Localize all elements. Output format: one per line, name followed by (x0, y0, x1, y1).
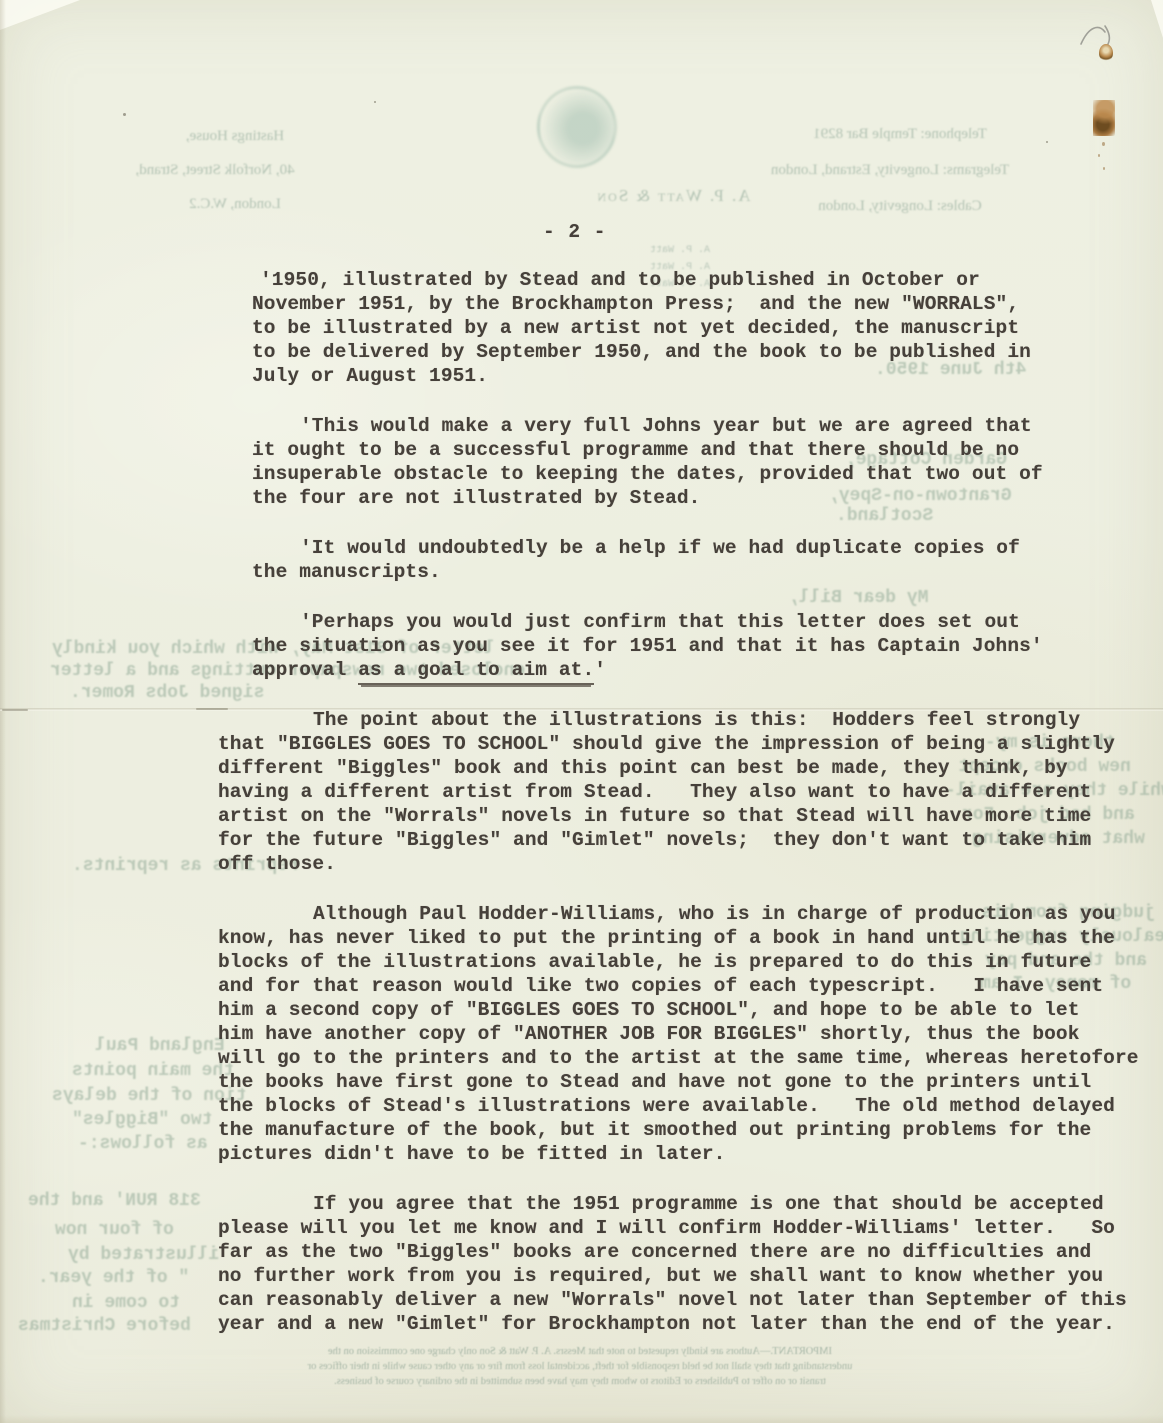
quoted-paragraph: 'This would make a very full Johns year … (252, 414, 1163, 510)
bleed-fragment: England Paul (95, 1036, 225, 1056)
quoted-text: ' (594, 659, 606, 681)
quoted-paragraph: 'It would undoubtedly be a help if we ha… (252, 536, 1163, 584)
paper-corner-highlight (1151, 0, 1163, 38)
quoted-paragraph: '1950, illustrated by Stead and to be pu… (252, 268, 1163, 388)
letter-page: Hastings House, 40, Norfolk Street, Stra… (0, 0, 1163, 1423)
body-paragraph: The point about the illustrations is thi… (218, 708, 1163, 876)
body-paragraph: If you agree that the 1951 programme is … (218, 1192, 1163, 1336)
paper-edge-shadow (0, 0, 6, 1423)
bleed-fragment: Telephone: Temple Bar 8291 (735, 126, 1065, 143)
bleed-fragment: Hastings House, (140, 128, 330, 145)
bleed-fragment: Telegrams: Longevity, Estrand, London (710, 162, 1070, 179)
bleed-fragment: A. P. Watt (600, 245, 710, 256)
bleed-fragment: A. P. Watt & Son (588, 186, 758, 206)
watt-emblem-bleedthrough (537, 86, 617, 168)
quoted-paragraph: 'Perhaps you would just confirm that thi… (252, 610, 1163, 682)
stain-dot (1098, 154, 1100, 157)
bleed-fragment: Cables: Longevity, London (735, 198, 1065, 215)
letter-body: '1950, illustrated by Stead and to be pu… (218, 268, 1163, 1362)
pen-mark (1075, 18, 1121, 52)
rust-stain (1093, 100, 1115, 136)
bleed-fragment: two "Biggles" (72, 1110, 212, 1130)
paper-edge-shadow (0, 1415, 1163, 1423)
bleed-fragment: " of the year. (38, 1268, 189, 1288)
bleed-fragment: of four now (55, 1220, 174, 1240)
bleed-fragment: 40, Norfolk Street, Strand, (85, 162, 345, 179)
bleed-fragment: as follows:- (78, 1134, 208, 1154)
paper-speck (374, 101, 376, 103)
bleed-fragment: illustrated by (68, 1245, 219, 1265)
paper-speck (123, 113, 126, 116)
bleed-fragment: London, W.C.2 (140, 196, 330, 213)
bleed-fragment: the main points (72, 1061, 234, 1081)
paper-corner-highlight (0, 0, 80, 30)
bleed-fragment: transit or on offer to Publishers or Edi… (55, 1374, 1105, 1389)
fold-crease (2, 709, 28, 711)
body-paragraph: Although Paul Hodder-Williams, who is in… (218, 902, 1163, 1166)
page-number: - 2 - (543, 221, 607, 243)
underlined-phrase: as a goal to aim at. (358, 659, 594, 685)
stain-dot (1103, 167, 1105, 170)
paper-speck (1046, 141, 1048, 143)
bleed-fragment: 318 RUN' and the (28, 1191, 201, 1211)
stain-dot (1102, 142, 1105, 146)
bleed-fragment: before Christmas (18, 1316, 191, 1336)
rust-stain (1099, 44, 1113, 62)
bleed-fragment: to come in (72, 1293, 180, 1313)
